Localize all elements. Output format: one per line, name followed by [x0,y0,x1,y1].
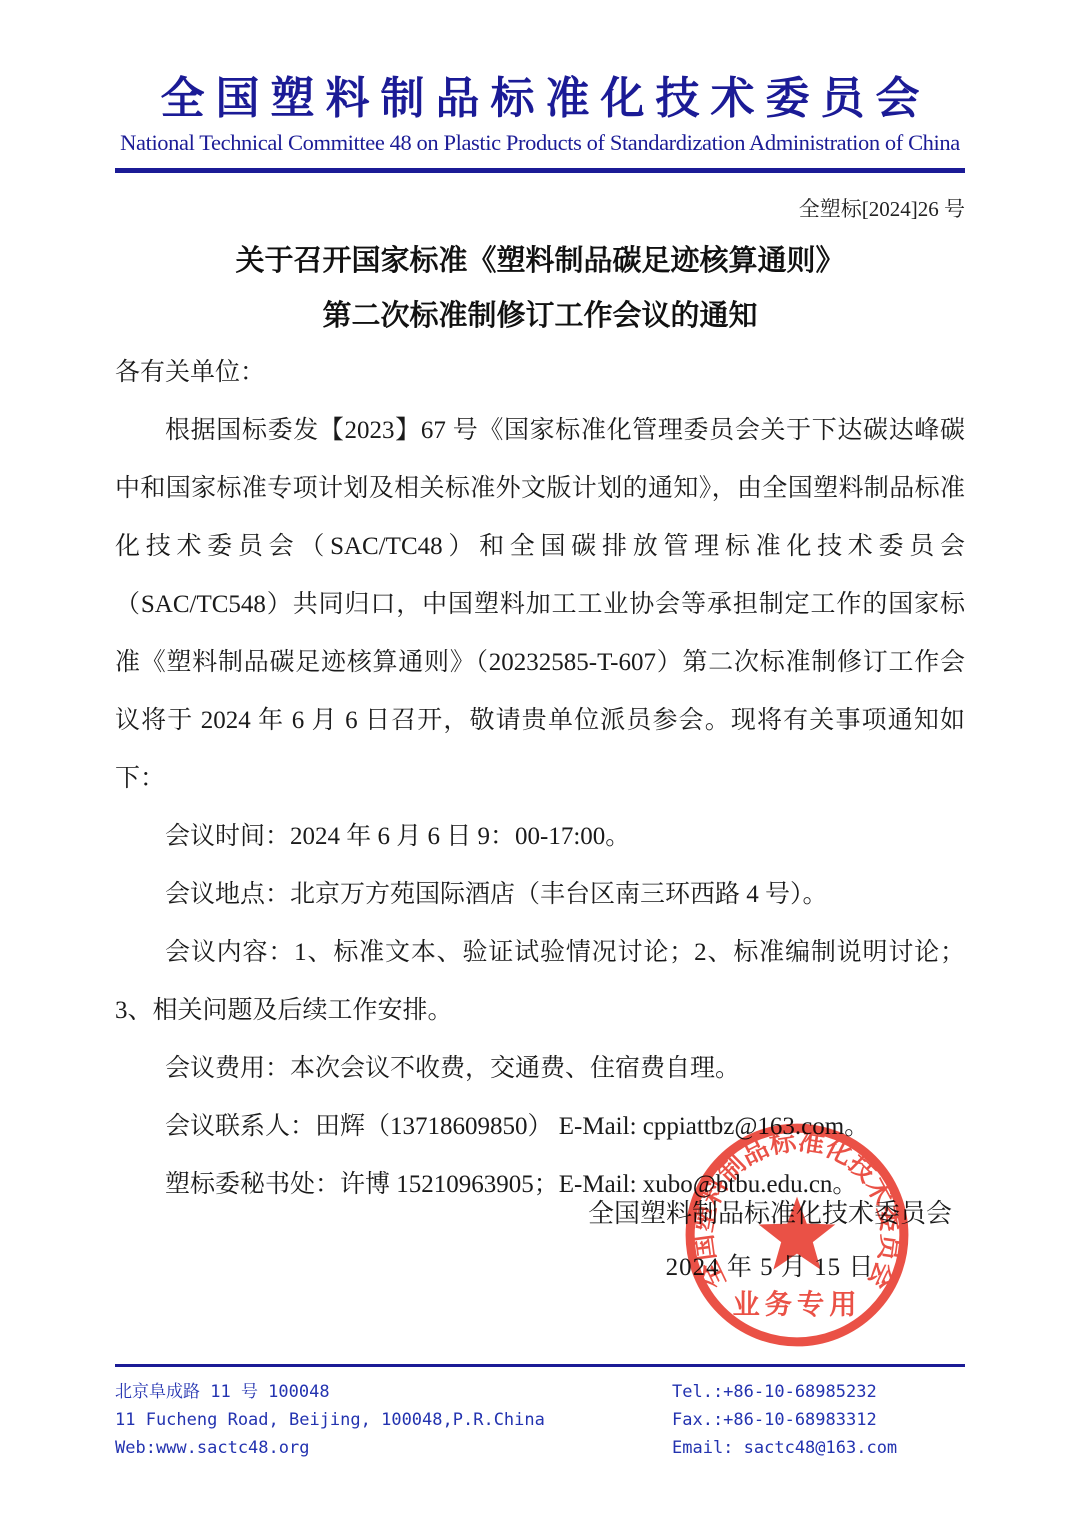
letterhead-rule [115,168,965,173]
footer-email: Email: sactc48@163.com [672,1434,897,1462]
paragraph-meeting-place: 会议地点：北京万方苑国际酒店（丰台区南三环西路 4 号）。 [115,866,965,924]
paragraph-intro: 根据国标委发【2023】67 号《国家标准化管理委员会关于下达碳达峰碳中和国家标… [115,402,965,808]
seal-bottom-text: 业务专用 [732,1289,861,1320]
signature-date: 2024 年 5 月 15 日 [588,1250,952,1286]
signature-org: 全国塑料制品标准化技术委员会 [588,1196,952,1232]
doc-number: 全塑标[2024]26 号 [115,195,965,223]
letterhead: 全国塑料制品标准化技术委员会 National Technical Commit… [115,0,965,173]
footer-tel: Tel.:+86-10-68985232 [672,1378,897,1406]
page-footer: 北京阜成路 11 号 100048 11 Fucheng Road, Beiji… [115,1364,965,1462]
org-name-cn: 全国塑料制品标准化技术委员会 [115,70,965,128]
org-name-en: National Technical Committee 48 on Plast… [115,128,965,158]
notice-body: 各有关单位： 根据国标委发【2023】67 号《国家标准化管理委员会关于下达碳达… [115,344,965,1214]
salutation: 各有关单位： [115,344,965,402]
paragraph-meeting-agenda: 会议内容：1、标准文本、验证试验情况讨论；2、标准编制说明讨论；3、相关问题及后… [115,924,965,1040]
document-page: 全国塑料制品标准化技术委员会 National Technical Commit… [0,0,1080,1527]
footer-fax: Fax.:+86-10-68983312 [672,1406,897,1434]
paragraph-meeting-fee: 会议费用：本次会议不收费，交通费、住宿费自理。 [115,1040,965,1098]
notice-title-line1: 关于召开国家标准《塑料制品碳足迹核算通则》 [115,241,965,281]
footer-contact-block: Tel.:+86-10-68985232 Fax.:+86-10-6898331… [672,1378,897,1462]
notice-title-line2: 第二次标准制修订工作会议的通知 [115,296,965,336]
paragraph-meeting-contact: 会议联系人：田辉（13718609850） E-Mail: cppiattbz@… [115,1098,965,1156]
paragraph-meeting-time: 会议时间：2024 年 6 月 6 日 9：00-17:00。 [115,808,965,866]
signature-block: 全国塑料制品标准化技术委员会 2024 年 5 月 15 日 [588,1196,952,1286]
